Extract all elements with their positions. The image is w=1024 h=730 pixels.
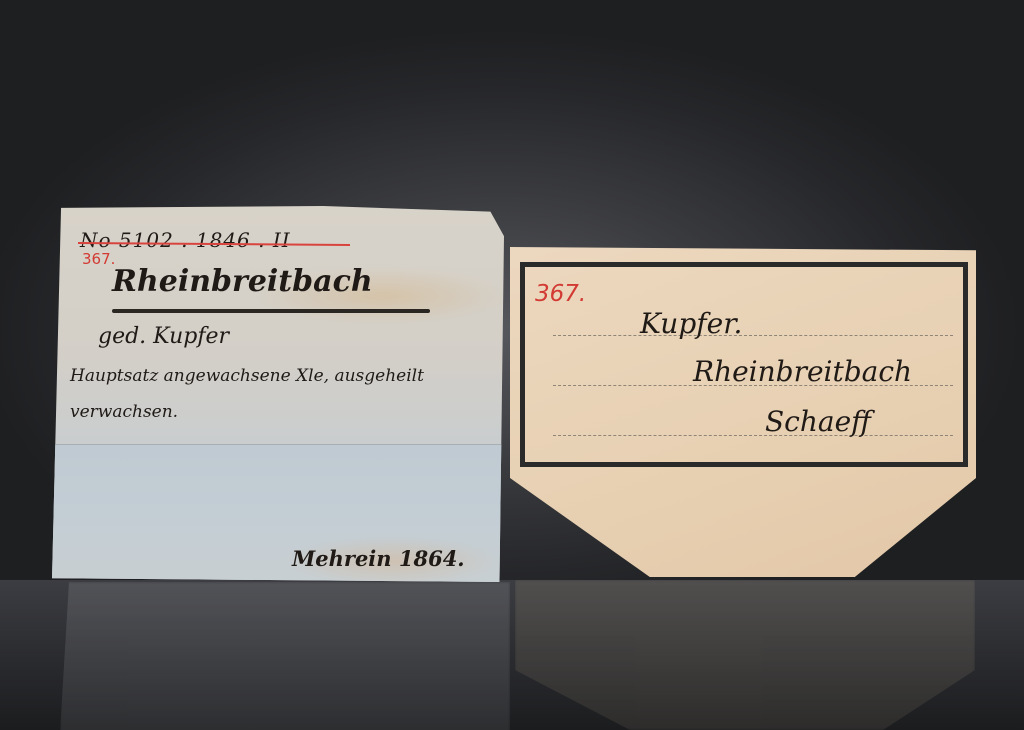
dotted-rule <box>553 335 953 336</box>
collector-signature: Schaeff <box>765 405 871 438</box>
printed-border-frame: 367. Kupfer. Rheinbreitbach Schaeff <box>520 262 968 467</box>
dotted-rule <box>553 435 953 436</box>
locality-text: Rheinbreitbach <box>693 355 912 388</box>
description-line-2: verwachsen. <box>70 402 178 422</box>
left-label-reflection <box>60 582 510 730</box>
struck-old-number: No 5102 . 1846 . II <box>80 228 291 252</box>
mineral-name: ged. Kupfer <box>98 324 229 349</box>
right-specimen-label: 367. Kupfer. Rheinbreitbach Schaeff <box>510 247 976 577</box>
collector-signature: Mehrein 1864. <box>292 546 465 571</box>
description-line-1: Hauptsatz angewachsene Xle, ausgeheilt <box>70 366 424 386</box>
catalog-number: 367. <box>535 281 586 307</box>
photo-scene: No 5102 . 1846 . II 367. Rheinbreitbach … <box>0 0 1024 730</box>
left-specimen-label: No 5102 . 1846 . II 367. Rheinbreitbach … <box>52 206 504 582</box>
locality-text: Rheinbreitbach <box>112 264 373 299</box>
locality-underline <box>112 309 430 313</box>
catalog-number: 367. <box>82 250 115 268</box>
mineral-name: Kupfer. <box>640 307 742 340</box>
